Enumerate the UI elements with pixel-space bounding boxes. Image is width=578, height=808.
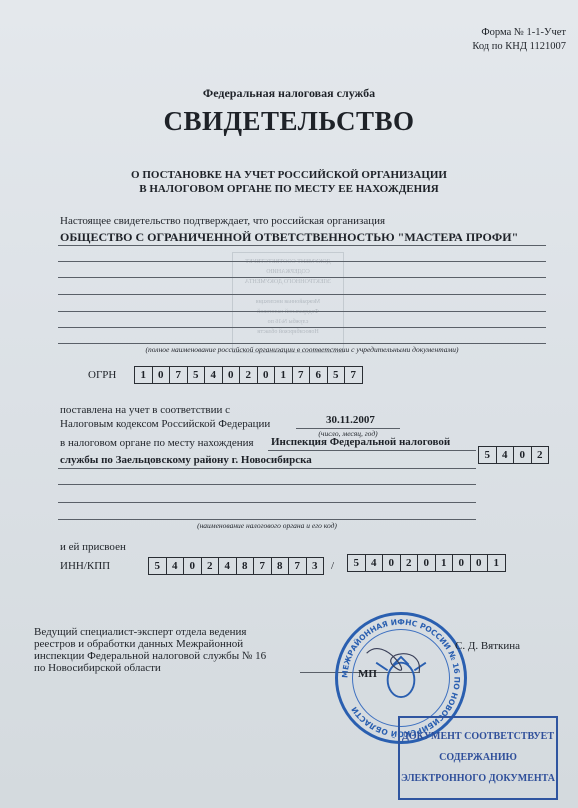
ogrn-digit: 7 [170, 367, 188, 383]
line [58, 327, 546, 328]
kpp-digit: 4 [366, 555, 384, 571]
line [58, 343, 546, 344]
tax-authority-prefix: в налоговом органе по месту нахождения [60, 437, 254, 449]
line [58, 261, 546, 262]
tax-authority-name-1: Инспекция Федеральной налоговой [271, 436, 450, 448]
kpp-digit: 0 [418, 555, 436, 571]
inn-kpp-separator: / [331, 560, 334, 572]
line [58, 277, 546, 278]
ogrn-digit: 2 [240, 367, 258, 383]
tax-authority-name-2: службы по Заельцовскому району г. Новоси… [60, 454, 312, 466]
line [58, 502, 476, 503]
kpp-digit: 0 [453, 555, 471, 571]
kpp-digit: 1 [488, 555, 505, 571]
seal-mark: МП [358, 668, 377, 680]
ogrn-digit-boxes: 1075402017657 [134, 366, 363, 384]
line [268, 450, 476, 451]
tax-authority-code-boxes: 5402 [478, 446, 549, 464]
knd-code: Код по КНД 1121007 [472, 40, 566, 54]
inn-kpp-label: ИНН/КПП [60, 560, 110, 572]
inn-digit-boxes: 5402487873 [148, 557, 324, 575]
ogrn-digit: 1 [135, 367, 153, 383]
line [58, 245, 546, 246]
kpp-digit: 5 [348, 555, 366, 571]
organization-caption: (полное наименование российской организа… [58, 345, 546, 354]
inn-digit: 4 [167, 558, 185, 574]
organization-intro: Настоящее свидетельство подтверждает, чт… [60, 215, 385, 227]
kpp-digit-boxes: 540201001 [347, 554, 506, 572]
form-header: Форма № 1-1-Учет Код по КНД 1121007 [472, 26, 566, 54]
kpp-digit: 0 [471, 555, 489, 571]
ogrn-digit: 0 [153, 367, 171, 383]
inn-digit: 5 [149, 558, 167, 574]
registration-line-1: поставлена на учет в соответствии с [60, 404, 230, 416]
stamp-line-1: ДОКУМЕНТ СООТВЕТСТВУЕТ [400, 726, 556, 747]
kpp-digit: 1 [436, 555, 454, 571]
signatory-name: С. Д. Вяткина [455, 640, 520, 652]
subtitle-line-1: О ПОСТАНОВКЕ НА УЧЕТ РОССИЙСКОЙ ОРГАНИЗА… [0, 168, 578, 182]
ogrn-digit: 5 [328, 367, 346, 383]
ogrn-digit: 1 [275, 367, 293, 383]
certificate-document: Форма № 1-1-Учет Код по КНД 1121007 Феде… [0, 0, 578, 808]
inn-digit: 8 [237, 558, 255, 574]
tax-code-digit: 5 [479, 447, 497, 463]
inn-digit: 7 [289, 558, 307, 574]
organization-name: ОБЩЕСТВО С ОГРАНИЧЕННОЙ ОТВЕТСТВЕННОСТЬЮ… [60, 230, 518, 245]
inn-digit: 4 [219, 558, 237, 574]
tax-code-digit: 4 [497, 447, 515, 463]
stamp-line-3: ЭЛЕКТРОННОГО ДОКУМЕНТА [400, 768, 556, 789]
inn-digit: 3 [307, 558, 324, 574]
line [58, 484, 476, 485]
inn-digit: 8 [272, 558, 290, 574]
ogrn-digit: 6 [310, 367, 328, 383]
kpp-digit: 2 [401, 555, 419, 571]
position-line-4: по Новосибирской области [34, 662, 266, 674]
electronic-conformity-stamp: ДОКУМЕНТ СООТВЕТСТВУЕТ СОДЕРЖАНИЮ ЭЛЕКТР… [398, 716, 558, 800]
kpp-digit: 0 [383, 555, 401, 571]
signatory-position: Ведущий специалист-эксперт отдела ведени… [34, 626, 266, 674]
position-line-3: инспекции Федеральной налоговой службы №… [34, 650, 266, 662]
form-number: Форма № 1-1-Учет [472, 26, 566, 40]
stamp-line-2: СОДЕРЖАНИЮ [400, 747, 556, 768]
ogrn-digit: 4 [205, 367, 223, 383]
inn-digit: 0 [184, 558, 202, 574]
ogrn-digit: 0 [223, 367, 241, 383]
line [58, 294, 546, 295]
line [58, 468, 476, 469]
ogrn-digit: 0 [258, 367, 276, 383]
inn-digit: 7 [254, 558, 272, 574]
document-subtitle: О ПОСТАНОВКЕ НА УЧЕТ РОССИЙСКОЙ ОРГАНИЗА… [0, 168, 578, 196]
document-title: СВИДЕТЕЛЬСТВО [0, 106, 578, 137]
position-line-1: Ведущий специалист-эксперт отдела ведени… [34, 626, 266, 638]
ogrn-digit: 7 [345, 367, 362, 383]
tax-authority-caption: (наименование налогового органа и его ко… [58, 521, 476, 530]
inn-digit: 2 [202, 558, 220, 574]
ogrn-digit: 7 [293, 367, 311, 383]
ogrn-digit: 5 [188, 367, 206, 383]
tax-code-digit: 0 [514, 447, 532, 463]
tax-code-digit: 2 [532, 447, 549, 463]
line [58, 519, 476, 520]
ogrn-label: ОГРН [88, 369, 116, 381]
assigned-label: и ей присвоен [60, 541, 126, 553]
subtitle-line-2: В НАЛОГОВОМ ОРГАНЕ ПО МЕСТУ ЕЕ НАХОЖДЕНИ… [0, 182, 578, 196]
line [58, 311, 546, 312]
agency-name: Федеральная налоговая служба [0, 86, 578, 101]
registration-date: 30.11.2007 [326, 414, 375, 426]
bleed-through-stamp: ДОКУМЕНТ СООТВЕТСТВУЕТСОДЕРЖАНИЮЭЛЕКТРОН… [232, 252, 344, 353]
registration-line-2: Налоговым кодексом Российской Федерации [60, 418, 270, 430]
position-line-2: реестров и обработки данных Межрайонной [34, 638, 266, 650]
